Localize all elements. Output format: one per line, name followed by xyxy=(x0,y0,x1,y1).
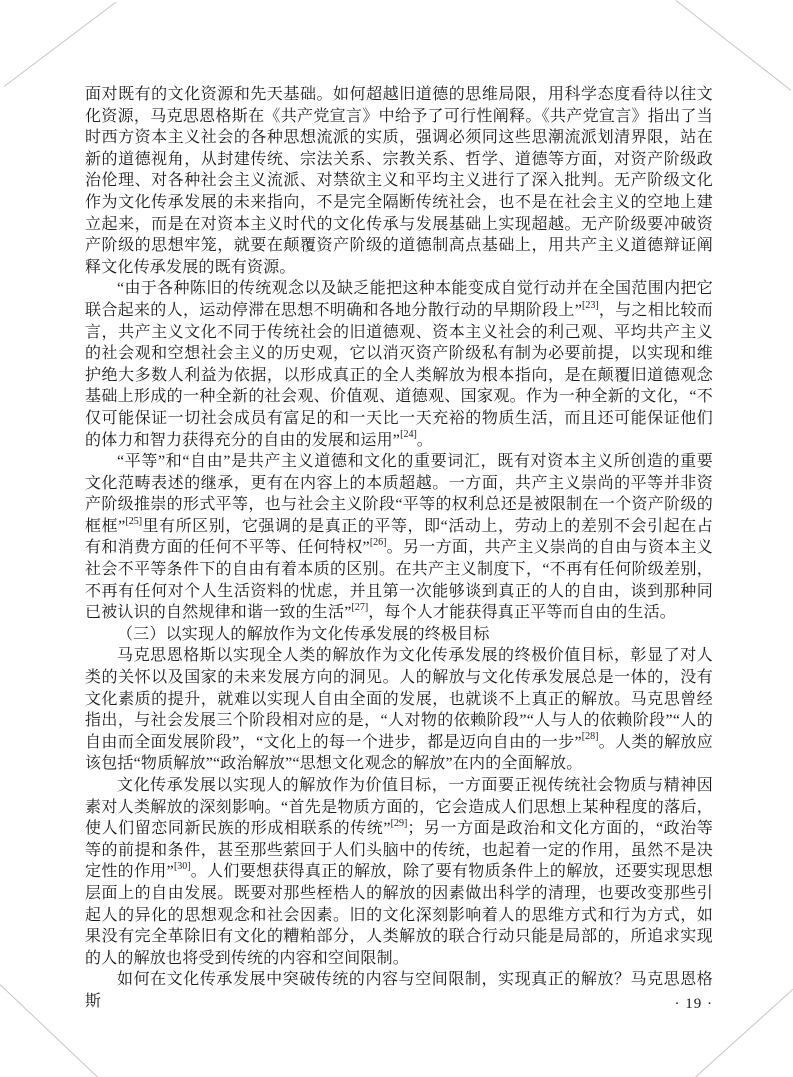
citation-marker: [23] xyxy=(582,300,599,311)
body-paragraph: 面对既有的文化资源和先天基础。如何超越旧道德的思维局限，用科学态度看待以往文化资… xyxy=(85,84,713,278)
section-heading: （三）以实现人的解放作为文化传承发展的终极目标 xyxy=(85,624,713,646)
text-run: 面对既有的文化资源和先天基础。如何超越旧道德的思维局限，用科学态度看待以往文化资… xyxy=(85,86,713,276)
text-run: （三）以实现人的解放作为文化传承发展的终极目标 xyxy=(117,626,490,643)
text-run: ，每个人才能获得真正平等而自由的生活。 xyxy=(368,604,676,621)
page-body-text: 面对既有的文化资源和先天基础。如何超越旧道德的思维局限，用科学态度看待以往文化资… xyxy=(85,84,713,1013)
text-run: ，与之相比较而言，共产主义文化不同于传统社会的旧道德观、资本主义社会的利己观、平… xyxy=(85,302,713,449)
document-page: 面对既有的文化资源和先天基础。如何超越旧道德的思维局限，用科学态度看待以往文化资… xyxy=(0,0,793,1077)
body-paragraph: 马克思恩格斯以实现全人类的解放作为文化传承发展的终极价值目标，彰显了对人类的关怀… xyxy=(85,645,713,775)
body-paragraph: 文化传承发展以实现人的解放作为价值目标，一方面要正视传统社会物质与精神因素对人类… xyxy=(85,775,713,969)
text-run: 。人们要想获得真正的解放，除了要有物质条件上的解放，还要实现思想层面上的自由发展… xyxy=(85,863,713,966)
citation-marker: [26] xyxy=(370,537,387,548)
citation-marker: [28] xyxy=(582,731,599,742)
text-run: 。 xyxy=(417,432,433,449)
citation-marker: [24] xyxy=(400,429,417,440)
body-paragraph: “由于各种陈旧的传统观念以及缺乏能把这种本能变成自觉行动并在全国范围内把它联合起… xyxy=(85,278,713,451)
body-paragraph: “平等”和“自由”是共产主义道德和文化的重要词汇，既有对资本主义所创造的重要文化… xyxy=(85,451,713,624)
citation-marker: [30] xyxy=(174,861,191,872)
page-number: · 19 · xyxy=(85,996,713,1013)
citation-marker: [25] xyxy=(125,516,142,527)
scan-corner-line-top-left xyxy=(4,2,116,87)
citation-marker: [29] xyxy=(391,818,408,829)
citation-marker: [27] xyxy=(352,602,369,613)
scan-corner-line-top-right xyxy=(676,0,792,91)
